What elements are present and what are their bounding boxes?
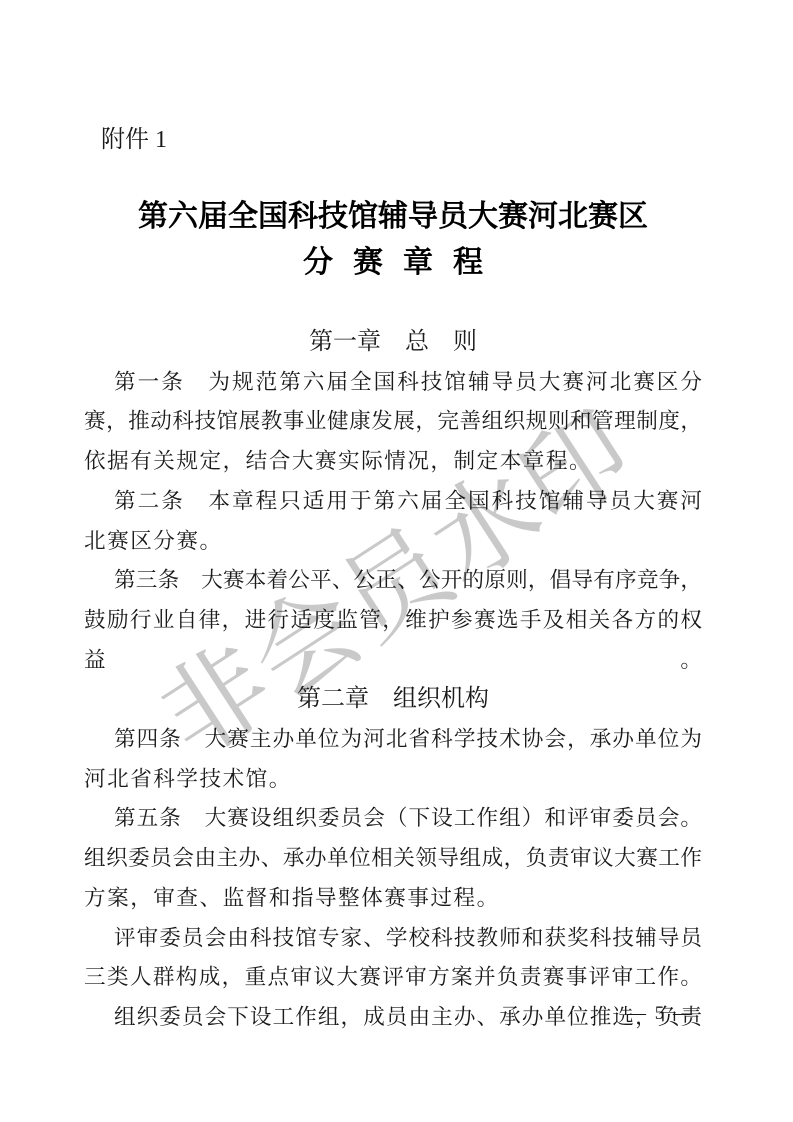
chapter-heading: 第一章 总 则 (84, 323, 702, 363)
body-text-line: 第五条 大赛设组织委员会（下设工作组）和评审委员会。 (84, 799, 702, 839)
body-text-line: 评审委员会由科技馆专家、学校科技教师和获奖科技辅导员 (84, 919, 702, 959)
body-text-line: 赛，推动科技馆展教事业健康发展，完善组织规则和管理制度， (84, 402, 702, 442)
body-text-line: 鼓励行业自律，进行适度监管，维护参赛选手及相关各方的权益。 (84, 601, 702, 680)
body-text-line: 组织委员会下设工作组，成员由主办、承办单位推选，负责 (84, 998, 702, 1038)
chapter-heading: 第二章 组织机构 (84, 680, 702, 720)
body-text-line: 方案，审查、监督和指导整体赛事过程。 (84, 879, 702, 919)
document-title-line1: 第六届全国科技馆辅导员大赛河北赛区 (84, 196, 702, 238)
body-text-line: 河北省科学技术馆。 (84, 760, 702, 800)
body-text-line: 第一条 为规范第六届全国科技馆辅导员大赛河北赛区分 (84, 363, 702, 403)
body-text-line: 第四条 大赛主办单位为河北省科学技术协会，承办单位为 (84, 720, 702, 760)
document-page: 非会员水印 附件 1 第六届全国科技馆辅导员大赛河北赛区 分赛章程 第一章 总 … (0, 0, 793, 1122)
body-text-line: 北赛区分赛。 (84, 522, 702, 562)
document-title-line2: 分赛章程 (84, 242, 702, 284)
body-text-line: 第二条 本章程只适用于第六届全国科技馆辅导员大赛河 (84, 482, 702, 522)
page-number: — 5 — (627, 1003, 694, 1025)
body-text-line: 组织委员会由主办、承办单位相关领导组成，负责审议大赛工作 (84, 839, 702, 879)
attachment-label: 附件 1 (101, 124, 167, 156)
document-body: 第一章 总 则第一条 为规范第六届全国科技馆辅导员大赛河北赛区分赛，推动科技馆展… (84, 323, 702, 1038)
body-text-line: 三类人群构成，重点审议大赛评审方案并负责赛事评审工作。 (84, 958, 702, 998)
body-text-line: 第三条 大赛本着公平、公正、公开的原则，倡导有序竞争， (84, 561, 702, 601)
body-text-line: 依据有关规定，结合大赛实际情况，制定本章程。 (84, 442, 702, 482)
